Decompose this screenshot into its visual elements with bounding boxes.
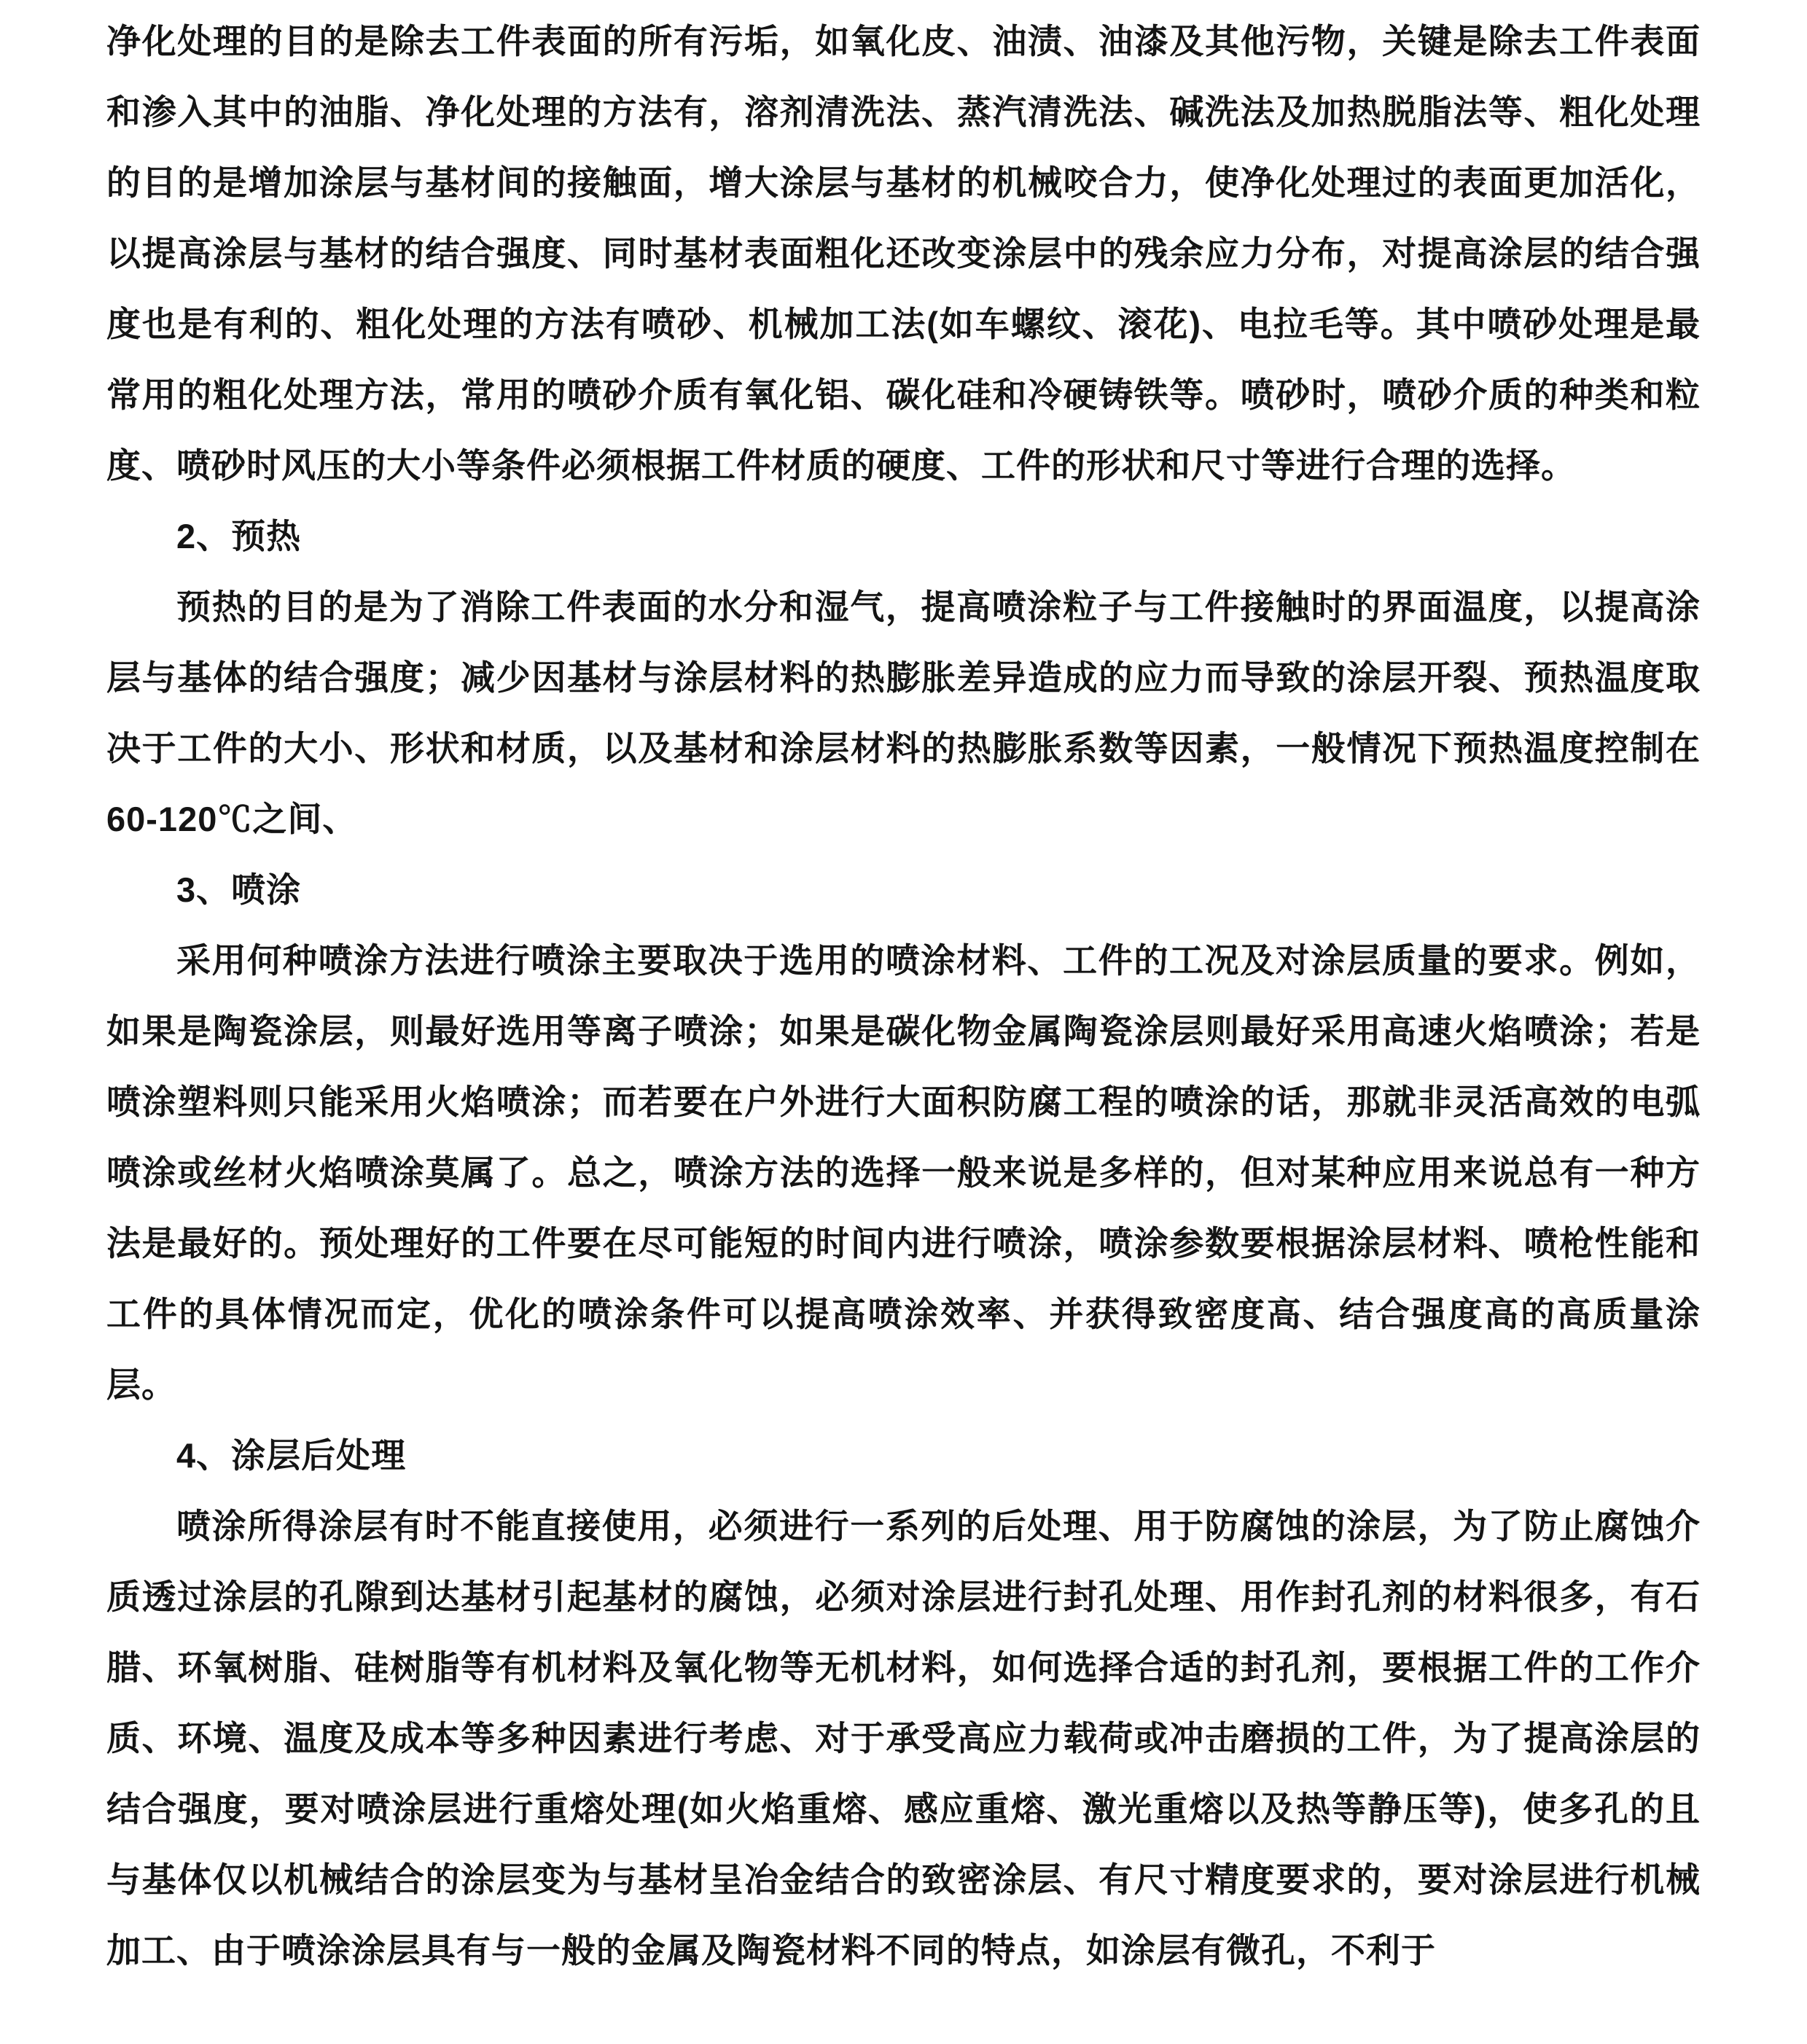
heading-preheat: 2、预热 [106,501,1701,572]
paragraph-coating-post-treatment: 喷涂所得涂层有时不能直接使用，必须进行一系列的后处理、用于防腐蚀的涂层，为了防止… [106,1491,1701,1986]
document-page: 净化处理的目的是除去工件表面的所有污垢，如氧化皮、油渍、油漆及其他污物，关键是除… [0,0,1807,2044]
heading-spraying: 3、喷涂 [106,854,1701,925]
paragraph-surface-purification: 净化处理的目的是除去工件表面的所有污垢，如氧化皮、油渍、油漆及其他污物，关键是除… [106,6,1701,501]
paragraph-spraying: 采用何种喷涂方法进行喷涂主要取决于选用的喷涂材料、工件的工况及对涂层质量的要求。… [106,925,1701,1420]
paragraph-preheat: 预热的目的是为了消除工件表面的水分和湿气，提高喷涂粒子与工件接触时的界面温度，以… [106,572,1701,854]
heading-coating-post-treatment: 4、涂层后处理 [106,1420,1701,1491]
